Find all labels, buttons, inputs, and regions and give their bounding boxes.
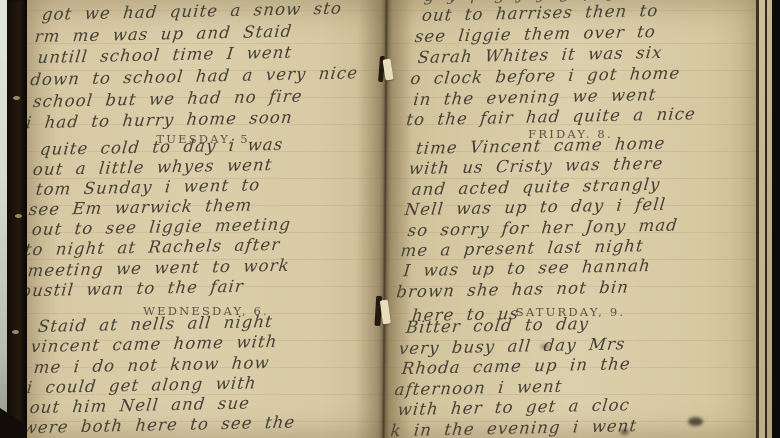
center-gutter-crease: [354, 0, 413, 438]
ink-blot: [540, 344, 550, 349]
cover-edge-highlight: [0, 0, 7, 438]
binding-speck: [15, 214, 22, 218]
entry-text-saturday: Bitter cold to dayvery busy all day MrsR…: [389, 313, 648, 438]
diary-page-right: g y p g j y g p y out to harrises then t…: [385, 0, 756, 438]
ink-blot: [688, 417, 703, 426]
entry-text-wednesday: Staid at nells all nightvincent came hom…: [27, 311, 307, 438]
diary-page-left: got we had quite a snow storm me was up …: [27, 0, 385, 438]
paper-tear-top-flap: [383, 59, 394, 81]
binding-speck: [13, 96, 20, 100]
entry-text-continued: got we had quite a snow storm me was up …: [27, 0, 366, 135]
entry-text-continued: out to harrises then tosee liggie them o…: [405, 0, 707, 132]
entry-text-friday: time Vincent came homewith us Cristy was…: [395, 133, 687, 302]
entry-text-tuesday: quite cold to day i wasout a little whye…: [27, 134, 303, 301]
paper-tear-middle-flap: [380, 300, 391, 325]
ink-blot: [620, 429, 629, 435]
binding-speck: [12, 330, 19, 334]
book-binding: [7, 0, 27, 438]
diary-photo: got we had quite a snow storm me was up …: [0, 0, 780, 438]
handwriting-line: bustil wan to the fair: [27, 275, 289, 301]
background-dark-right: [772, 0, 780, 438]
